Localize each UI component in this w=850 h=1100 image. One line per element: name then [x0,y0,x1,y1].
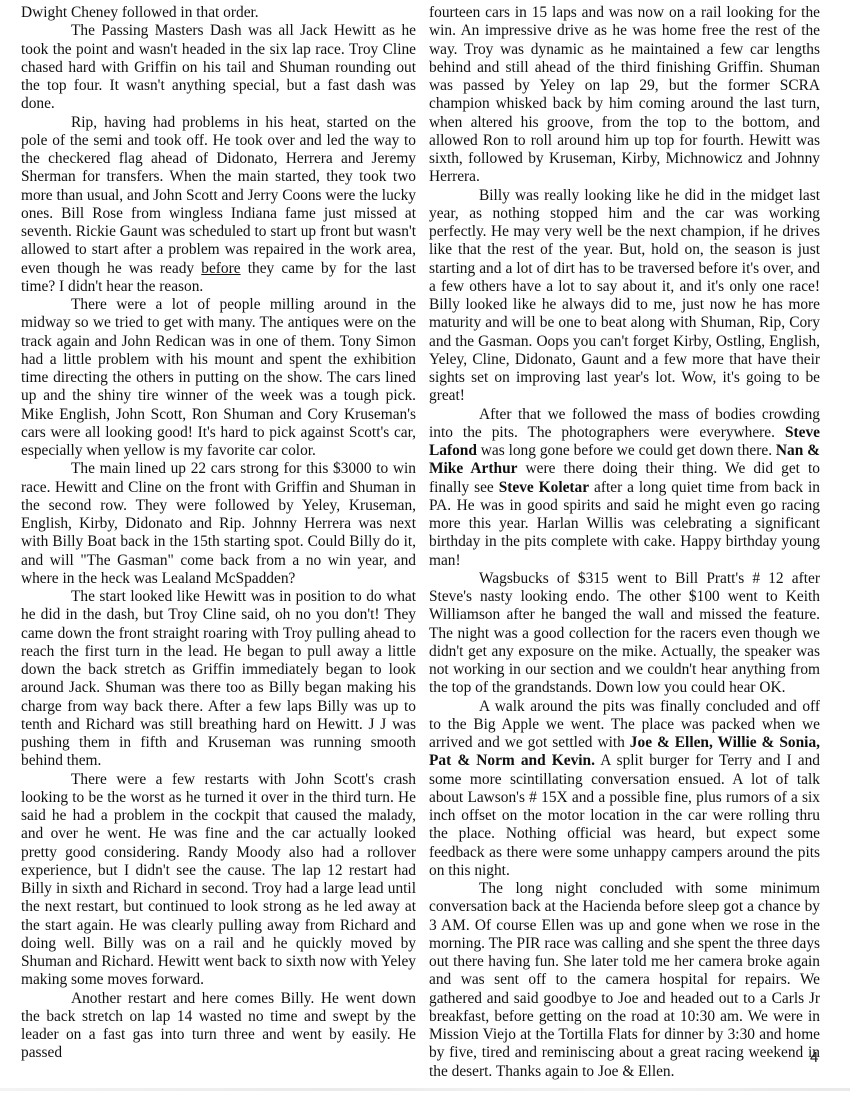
text-run: fourteen cars in 15 laps and was now on … [429,4,820,185]
text-run: The long night concluded with some minim… [429,880,820,1080]
text-run: Wagsbucks of $315 went to Bill Pratt's #… [429,570,820,697]
paragraph: After that we followed the mass of bodie… [429,406,820,570]
paragraph: fourteen cars in 15 laps and was now on … [429,4,820,187]
text-run: Another restart and here comes Billy. He… [21,990,416,1062]
text-run: was long gone before we could get down t… [477,442,776,459]
bold-name: Steve Koletar [499,479,589,496]
paragraph: Dwight Cheney followed in that order. [21,4,416,22]
paragraph: A walk around the pits was finally concl… [429,698,820,881]
document-page: Dwight Cheney followed in that order.The… [0,0,850,1100]
paragraph: Wagsbucks of $315 went to Bill Pratt's #… [429,570,820,698]
text-run: The main lined up 22 cars strong for thi… [21,460,416,587]
scan-edge-divider [0,1088,850,1091]
text-run: There were a few restarts with John Scot… [21,771,416,989]
paragraph: Billy was really looking like he did in … [429,187,820,406]
left-column: Dwight Cheney followed in that order.The… [21,4,416,1063]
right-column: fourteen cars in 15 laps and was now on … [429,4,820,1081]
paragraph: The main lined up 22 cars strong for thi… [21,460,416,588]
text-run: The start looked like Hewitt was in posi… [21,588,416,769]
paragraph: Another restart and here comes Billy. He… [21,990,416,1063]
text-run: The Passing Masters Dash was all Jack He… [21,22,416,112]
text-run: After that we followed the mass of bodie… [429,406,820,441]
text-run: Dwight Cheney followed in that order. [21,4,259,21]
paragraph: There were a few restarts with John Scot… [21,771,416,990]
paragraph: Rip, having had problems in his heat, st… [21,114,416,297]
paragraph: The start looked like Hewitt was in posi… [21,588,416,771]
paragraph: The long night concluded with some minim… [429,880,820,1081]
paragraph: The Passing Masters Dash was all Jack He… [21,22,416,113]
underlined-word: before [201,260,240,277]
text-run: There were a lot of people milling aroun… [21,296,416,459]
page-number: 4 [810,1049,818,1066]
text-run: Billy was really looking like he did in … [429,187,820,405]
paragraph: There were a lot of people milling aroun… [21,296,416,460]
text-run: A split burger for Terry and I and some … [429,752,820,879]
text-run: Rip, having had problems in his heat, st… [21,114,416,277]
